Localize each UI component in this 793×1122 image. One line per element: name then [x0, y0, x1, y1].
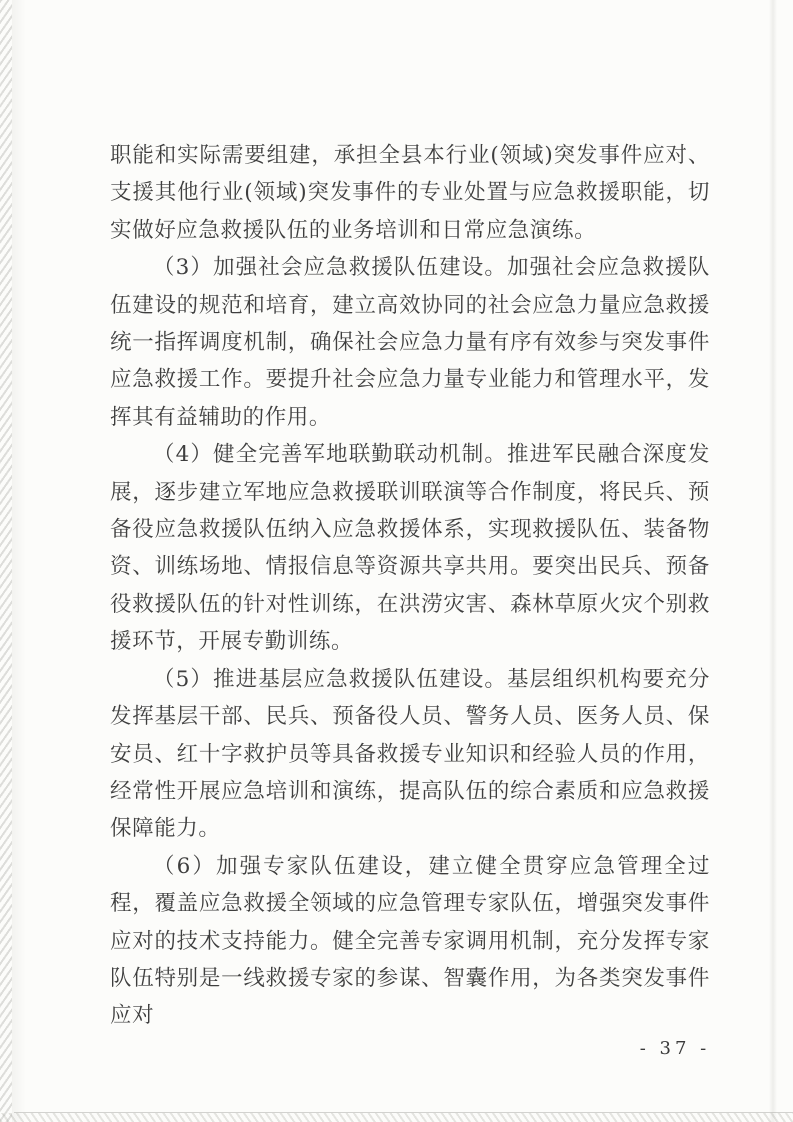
paragraph-item-4: （4）健全完善军地联勤联动机制。推进军民融合深度发展，逐步建立军地应急救援联训联… [110, 436, 710, 660]
bottom-scan-texture [0, 1113, 793, 1122]
left-scan-texture [0, 0, 12, 1122]
right-scan-streak [769, 0, 777, 1122]
left-scan-shadow [12, 0, 26, 1122]
page-number: - 37 - [630, 1038, 720, 1059]
paragraph-continuation: 职能和实际需要组建，承担全县本行业(领域)突发事件应对、支援其他行业(领域)突发… [110, 137, 710, 249]
paragraph-item-6: （6）加强专家队伍建设，建立健全贯穿应急管理全过程，覆盖应急救援全领域的应急管理… [110, 848, 710, 1035]
paragraph-item-3: （3）加强社会应急救援队伍建设。加强社会应急救援队伍建设的规范和培育，建立高效协… [110, 249, 710, 436]
paragraph-item-5: （5）推进基层应急救援队伍建设。基层组织机构要充分发挥基层干部、民兵、预备役人员… [110, 661, 710, 848]
scanned-document-page: 职能和实际需要组建，承担全县本行业(领域)突发事件应对、支援其他行业(领域)突发… [0, 0, 793, 1122]
document-body-text: 职能和实际需要组建，承担全县本行业(领域)突发事件应对、支援其他行业(领域)突发… [110, 137, 710, 1035]
